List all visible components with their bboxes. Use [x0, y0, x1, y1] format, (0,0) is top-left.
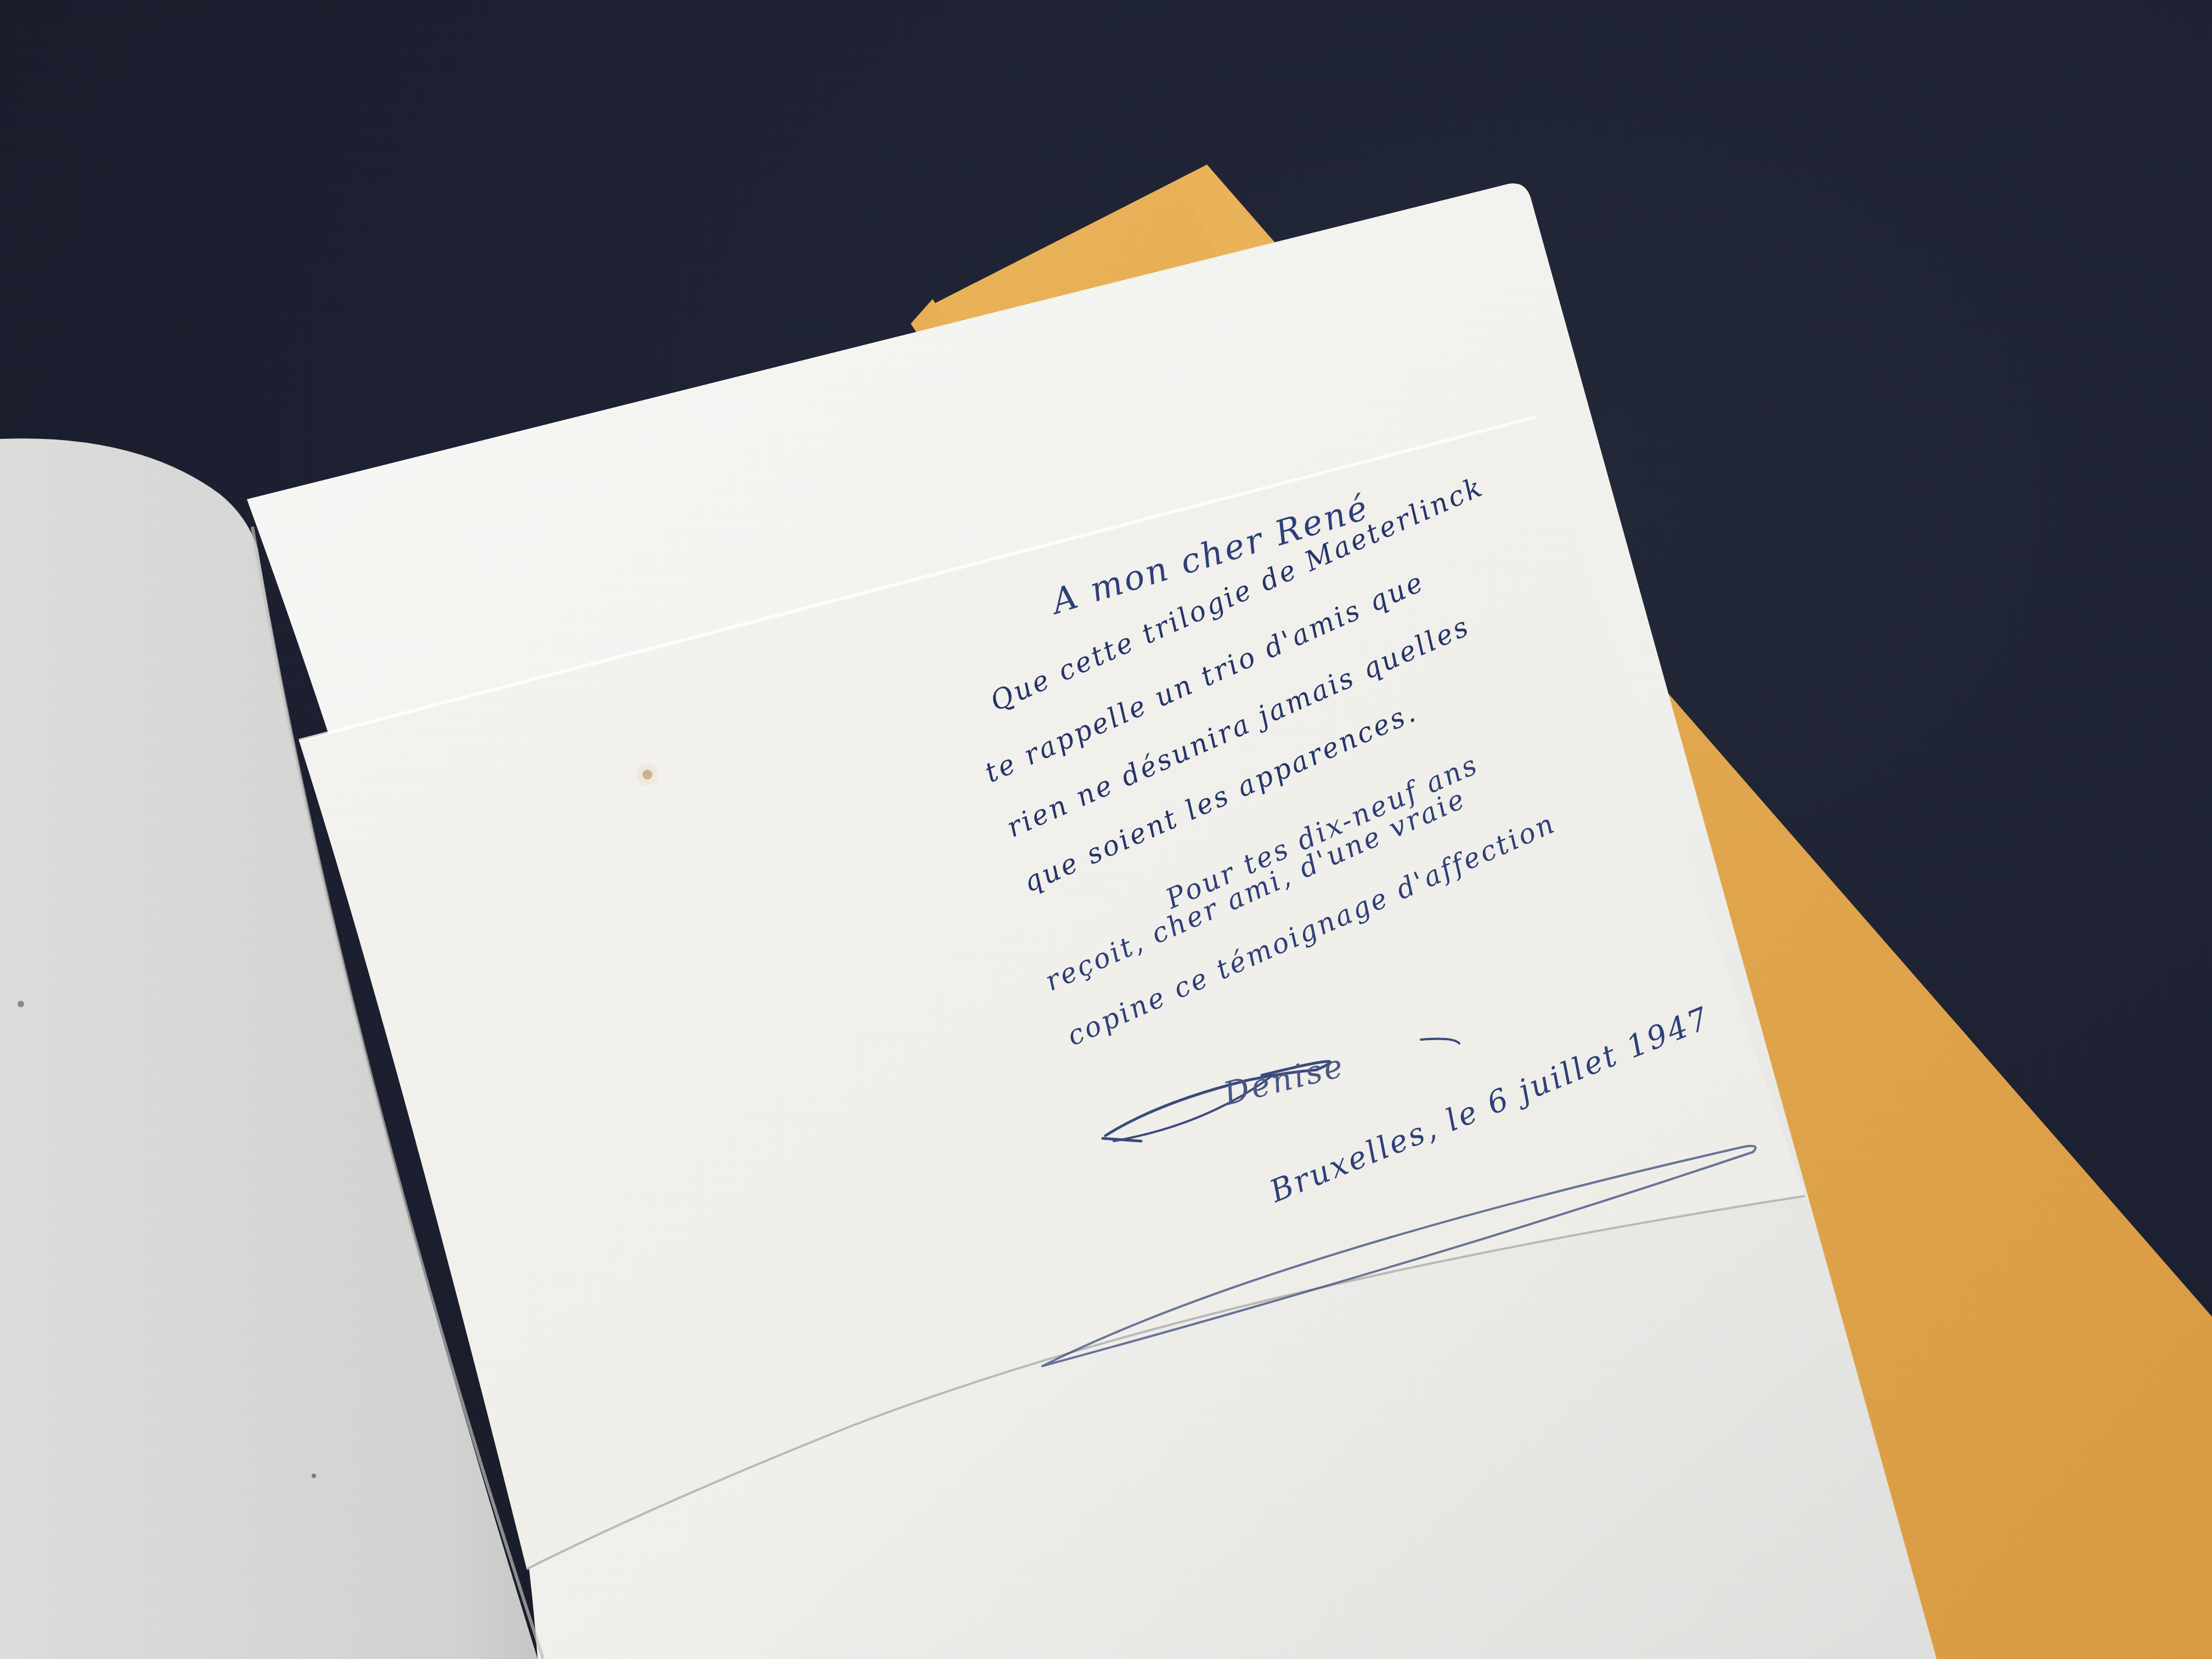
- book-and-envelope: [0, 0, 2212, 1659]
- photo-scene: A mon cher René Que cette trilogie de Ma…: [0, 0, 2212, 1659]
